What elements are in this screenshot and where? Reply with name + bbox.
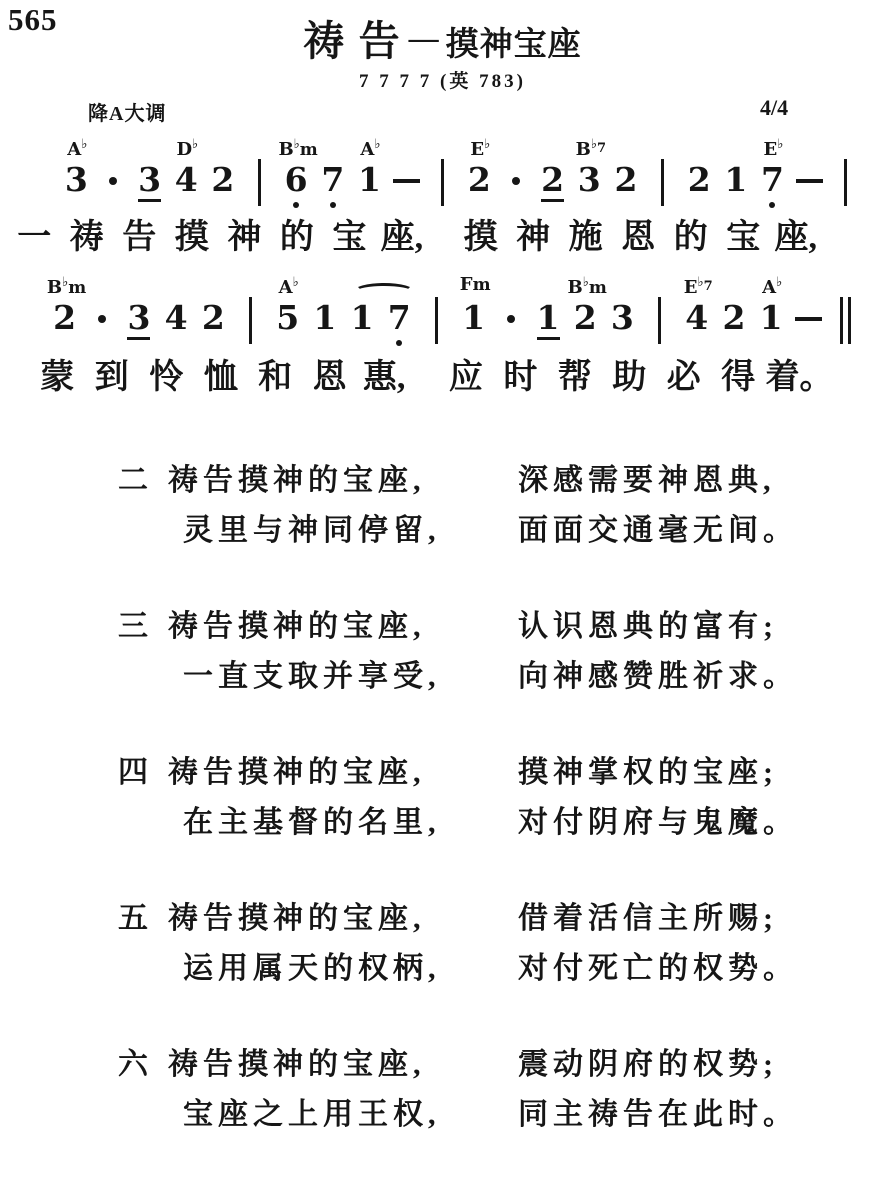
lyric-char: 惠, [357, 358, 411, 398]
note-number: 2 [688, 162, 711, 198]
lyric-char: 得 [711, 358, 765, 398]
note-token: E♭2 [461, 162, 498, 218]
chord-root: B [576, 139, 591, 160]
lyric-char: 蒙 [30, 358, 84, 398]
note-number: 1 [351, 300, 374, 336]
barline-token [827, 162, 864, 218]
verse-line-left: 运用属天的权柄, [168, 944, 518, 994]
verse: 三祷告摸神的宝座,认识恩典的富有;一直支取并享受,向神感赞胜祈求。 [118, 602, 798, 702]
note-token: 3 [131, 162, 168, 218]
verse-number: 六 [118, 1040, 168, 1090]
note-number: 2 [211, 162, 234, 198]
title-separator: — [409, 22, 439, 55]
note-number: 4 [685, 300, 708, 336]
lyric-char: 着。 [766, 358, 820, 398]
verse-line-left: 祷告摸神的宝座, [168, 1040, 518, 1090]
chord-suffix: m [300, 140, 318, 160]
lyric-char: 应 [439, 358, 493, 398]
dash-token [791, 162, 828, 218]
final-barline-stroke [840, 297, 843, 344]
barline [658, 297, 661, 344]
final-barline [840, 297, 851, 344]
chord-root: D [176, 139, 192, 160]
note-number: 7 [388, 300, 411, 336]
note-number: 3 [65, 162, 88, 198]
lyric-char: 祷 [61, 218, 114, 258]
note-token: 2 [681, 162, 718, 218]
flat-icon: ♭ [374, 137, 380, 152]
note-token: 3 [120, 300, 157, 356]
note-number: 4 [175, 162, 198, 198]
verse-line-right: 面面交通毫无间。 [518, 506, 798, 556]
slur-arc [354, 283, 414, 299]
lyric-char: 助 [602, 358, 656, 398]
lyric-char: 的 [271, 218, 324, 258]
verse-line-left: 祷告摸神的宝座, [168, 456, 518, 506]
dash-note [795, 317, 822, 321]
chord-label: A♭ [67, 138, 87, 159]
chord-label: Fm [460, 276, 491, 294]
note-number: 3 [611, 300, 634, 336]
note-number: 1 [537, 300, 560, 340]
verse-line-right: 同主祷告在此时。 [518, 1090, 798, 1140]
dash-note [796, 179, 823, 183]
barline-token [641, 300, 678, 356]
chord-label: A♭ [762, 276, 782, 297]
barline-token [424, 162, 461, 218]
verse-line-right: 深感需要神恩典, [518, 456, 798, 506]
verse-line-left: 宝座之上用王权, [168, 1090, 518, 1140]
chord-root: E [684, 277, 698, 298]
octave-dot [330, 202, 336, 208]
barline [661, 159, 664, 206]
note-token: A♭5 [269, 300, 306, 356]
lyric-gap [428, 218, 454, 258]
note-number: 7 [321, 162, 344, 198]
verse-line-right: 摸神掌权的宝座; [518, 748, 798, 798]
octave-dot [396, 340, 402, 346]
lyric-char: 宝 [717, 218, 770, 258]
chord-label: A♭ [279, 276, 299, 297]
lyric-char: 施 [559, 218, 612, 258]
octave-dot [769, 202, 775, 208]
note-token: B♭73 [571, 162, 608, 218]
chord-suffix: 7 [704, 279, 713, 294]
verse-number: 三 [118, 602, 168, 652]
note-token: 1 [306, 300, 343, 356]
chord-root: A [279, 277, 293, 298]
title-subtitle: 摸神宝座 [446, 27, 582, 63]
score-line-1: A♭33D♭42B♭m67A♭1E♭22B♭73221E♭7 [58, 162, 864, 218]
lyric-gap [411, 358, 438, 398]
score-line-2: B♭m2342A♭5117Fm11B♭m23E♭742A♭1 [46, 300, 864, 356]
chord-suffix: m [68, 278, 86, 298]
chord-label: E♭7 [684, 276, 713, 297]
chord-label: B♭m [568, 276, 607, 297]
lyric-row-1: 一祷告摸神的宝座,摸神施恩的宝座, [8, 218, 822, 258]
note-number: 6 [285, 162, 308, 198]
verse-line-left: 祷告摸神的宝座, [168, 602, 518, 652]
verse-line-right: 震动阴府的权势; [518, 1040, 798, 1090]
lyric-char: 座, [376, 218, 429, 258]
flat-icon: ♭ [81, 137, 87, 152]
note-token: E♭74 [678, 300, 715, 356]
chord-root: E [470, 139, 484, 160]
chord-suffix: m [589, 278, 607, 298]
lyric-char: 告 [113, 218, 166, 258]
dash-token [388, 162, 425, 218]
octave-dot [293, 202, 299, 208]
chord-root: A [762, 277, 776, 298]
chord-root: A [67, 139, 81, 160]
verse-line-right: 对付死亡的权势。 [518, 944, 798, 994]
note-number: 2 [614, 162, 637, 198]
hymn-title: 祷 告—摸神宝座 [0, 8, 885, 67]
note-number: 1 [462, 300, 485, 336]
barline [435, 297, 438, 344]
chord-root: B [568, 277, 583, 298]
dash-token [790, 300, 827, 356]
lyric-char: 宝 [323, 218, 376, 258]
dot-token [83, 300, 120, 356]
verse-line-left: 祷告摸神的宝座, [168, 748, 518, 798]
note-number: 1 [358, 162, 381, 198]
note-number: 7 [761, 162, 784, 198]
note-number: 3 [127, 300, 150, 340]
barline [249, 297, 252, 344]
hymn-sheet: 565 祷 告—摸神宝座 7 7 7 7 (英 783) 降A大调 4/4 A♭… [0, 0, 885, 1195]
dot-token [498, 162, 535, 218]
verse-line-left: 在主基督的名里, [168, 798, 518, 848]
verse-number: 四 [118, 748, 168, 798]
lyric-char: 恩 [612, 218, 665, 258]
lyric-char: 摸 [454, 218, 507, 258]
chord-label: E♭ [470, 138, 490, 159]
note-token: 3 [604, 300, 641, 356]
note-token: 2 [205, 162, 242, 218]
note-number: 5 [276, 300, 299, 336]
lyric-char: 恤 [193, 358, 247, 398]
meter-line: 7 7 7 7 (英 783) [0, 66, 885, 93]
flat-icon: ♭ [776, 275, 782, 290]
barline-token [644, 162, 681, 218]
note-token: 4 [158, 300, 195, 356]
flat-icon: ♭ [484, 137, 490, 152]
chord-label: B♭m [47, 276, 86, 297]
note-token: 2 [608, 162, 645, 218]
note-number: 2 [202, 300, 225, 336]
note-token: B♭m2 [567, 300, 604, 356]
lyric-char: 怜 [139, 358, 193, 398]
verse-line-left: 一直支取并享受, [168, 652, 518, 702]
lyric-char: 到 [84, 358, 138, 398]
chord-root: E [764, 139, 778, 160]
note-number: 4 [165, 300, 188, 336]
flat-icon: ♭ [777, 137, 783, 152]
verse-line-right: 借着活信主所赐; [518, 894, 798, 944]
chord-root: B [278, 139, 293, 160]
verse-line-right: 认识恩典的富有; [518, 602, 798, 652]
augmentation-dot [109, 177, 117, 185]
verse-number: 五 [118, 894, 168, 944]
verse-line-left: 祷告摸神的宝座, [168, 894, 518, 944]
dot-token [492, 300, 529, 356]
lyric-char: 和 [248, 358, 302, 398]
note-number: 2 [722, 300, 745, 336]
note-number: 1 [724, 162, 747, 198]
flat-icon: ♭ [192, 137, 198, 152]
chord-label: B♭m [278, 138, 317, 159]
note-token: A♭1 [351, 162, 388, 218]
note-token: 1 [529, 300, 566, 356]
verse: 四祷告摸神的宝座,摸神掌权的宝座;在主基督的名里,对付阴府与鬼魔。 [118, 748, 798, 848]
verse-line-right: 向神感赞胜祈求。 [518, 652, 798, 702]
note-token: 2 [534, 162, 571, 218]
note-token: 7 [314, 162, 351, 218]
note-token: E♭7 [754, 162, 791, 218]
final-barline-token [827, 300, 864, 356]
final-barline-stroke [848, 297, 851, 344]
chord-label: D♭ [176, 138, 198, 159]
lyric-char: 座, [769, 218, 822, 258]
dot-token [95, 162, 132, 218]
lyric-char: 神 [507, 218, 560, 258]
chord-root: A [360, 139, 374, 160]
note-number: 2 [574, 300, 597, 336]
note-number: 3 [578, 162, 601, 198]
note-number: 2 [541, 162, 564, 202]
note-token: 1 [718, 162, 755, 218]
chord-label: E♭ [764, 138, 784, 159]
flat-icon: ♭ [293, 275, 299, 290]
lyric-char: 的 [664, 218, 717, 258]
lyric-char: 帮 [548, 358, 602, 398]
time-signature: 4/4 [760, 95, 788, 121]
chord-root: F [460, 274, 473, 295]
note-number: 1 [760, 300, 783, 336]
barline-token [232, 300, 269, 356]
lyric-char: 时 [493, 358, 547, 398]
note-token: B♭m6 [278, 162, 315, 218]
chord-suffix: m [473, 275, 491, 295]
verse-line-left: 灵里与神同停留, [168, 506, 518, 556]
note-token: 2 [715, 300, 752, 356]
verse-line-right: 对付阴府与鬼魔。 [518, 798, 798, 848]
note-number: 1 [313, 300, 336, 336]
chord-suffix: 7 [597, 141, 606, 156]
note-token: 2 [195, 300, 232, 356]
augmentation-dot [507, 315, 515, 323]
note-token: A♭1 [753, 300, 790, 356]
note-token: Fm1 [455, 300, 492, 356]
note-number: 3 [138, 162, 161, 202]
verses-section: 二祷告摸神的宝座,深感需要神恩典,灵里与神同停留,面面交通毫无间。三祷告摸神的宝… [118, 456, 798, 1186]
note-token: 1 [344, 300, 381, 356]
lyric-char: 一 [8, 218, 61, 258]
lyric-char: 神 [218, 218, 271, 258]
verse-number: 二 [118, 456, 168, 506]
verse: 二祷告摸神的宝座,深感需要神恩典,灵里与神同停留,面面交通毫无间。 [118, 456, 798, 556]
augmentation-dot [98, 315, 106, 323]
chord-label: A♭ [360, 138, 380, 159]
dash-note [393, 179, 420, 183]
note-token: D♭4 [168, 162, 205, 218]
verse: 六祷告摸神的宝座,震动阴府的权势;宝座之上用王权,同主祷告在此时。 [118, 1040, 798, 1140]
barline-token [418, 300, 455, 356]
note-token: B♭m2 [46, 300, 83, 356]
note-number: 2 [468, 162, 491, 198]
barline-token [241, 162, 278, 218]
key-signature: 降A大调 [88, 97, 166, 126]
lyric-row-2: 蒙到怜恤和恩惠,应时帮助必得着。 [30, 358, 820, 398]
title-main: 祷 告 [303, 18, 401, 64]
note-token: 7 [381, 300, 418, 356]
lyric-char: 恩 [302, 358, 356, 398]
verse: 五祷告摸神的宝座,借着活信主所赐;运用属天的权柄,对付死亡的权势。 [118, 894, 798, 994]
barline [844, 159, 847, 206]
chord-root: B [47, 277, 62, 298]
note-number: 2 [53, 300, 76, 336]
lyric-char: 必 [657, 358, 711, 398]
chord-label: B♭7 [576, 138, 606, 159]
augmentation-dot [512, 177, 520, 185]
barline [441, 159, 444, 206]
lyric-char: 摸 [166, 218, 219, 258]
note-token: A♭3 [58, 162, 95, 218]
barline [258, 159, 261, 206]
